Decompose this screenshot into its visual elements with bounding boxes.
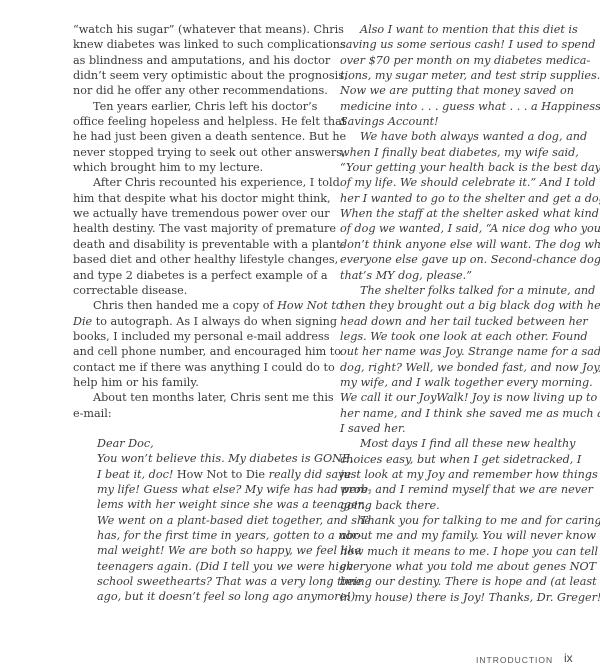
text-line: knew diabetes was linked to such complic… bbox=[73, 37, 303, 52]
text-line: my life! Guess what else? My wife has ha… bbox=[97, 482, 303, 497]
text-line: her name, and I think she saved me as mu… bbox=[340, 406, 550, 421]
text-line: when I finally beat diabetes, my wife sa… bbox=[340, 145, 550, 160]
text-line: “Your getting your health back is the be… bbox=[340, 160, 550, 175]
text-line: About ten months later, Chris sent me th… bbox=[73, 390, 303, 405]
text-line: After Chris recounted his experience, I … bbox=[73, 175, 303, 190]
text-line: Most days I find all these new healthy bbox=[340, 436, 550, 451]
paragraph-dog: We have both always wanted a dog, and wh… bbox=[340, 129, 550, 282]
text-line: we actually have tremendous power over o… bbox=[73, 206, 303, 221]
book-title: Die bbox=[73, 315, 92, 328]
spacer bbox=[73, 421, 303, 436]
text-line: based diet and other healthy lifestyle c… bbox=[73, 252, 303, 267]
text-run: I beat it, doc! bbox=[97, 468, 177, 481]
text-line: he had just been given a death sentence.… bbox=[73, 129, 303, 144]
text-line: Chris then handed me a copy of How Not t… bbox=[73, 298, 303, 313]
text-line: dog, right? Well, we bonded fast, and no… bbox=[340, 360, 550, 375]
text-line: which brought him to my lecture. bbox=[73, 160, 303, 175]
text-line: has, for the first time in years, gotten… bbox=[97, 528, 303, 543]
text-line: in my house) there is Joy! Thanks, Dr. G… bbox=[340, 590, 550, 605]
text-line: e-mail: bbox=[73, 406, 303, 421]
text-line: We have both always wanted a dog, and bbox=[340, 129, 550, 144]
book-title: How Not to bbox=[277, 299, 342, 312]
left-column: “watch his sugar” (whatever that means).… bbox=[73, 22, 303, 605]
text-line: school sweethearts? That was a very long… bbox=[97, 574, 303, 589]
text-line: The shelter folks talked for a minute, a… bbox=[340, 283, 550, 298]
text-line: over $70 per month on my diabetes medica… bbox=[340, 53, 550, 68]
text-line: were, and I remind myself that we are ne… bbox=[340, 482, 550, 497]
right-column-email-continued: Also I want to mention that this diet is… bbox=[340, 22, 550, 605]
text-line: office feeling hopeless and helpless. He… bbox=[73, 114, 303, 129]
text-line: head down and her tail tucked between he… bbox=[340, 314, 550, 329]
text-line: and type 2 diabetes is a perfect example… bbox=[73, 268, 303, 283]
text-line: how much it means to me. I hope you can … bbox=[340, 544, 550, 559]
paragraph-ten-years: Ten years earlier, Chris left his doctor… bbox=[73, 99, 303, 176]
book-page: “watch his sugar” (whatever that means).… bbox=[0, 0, 600, 668]
email-quote: Dear Doc, You won’t believe this. My dia… bbox=[73, 436, 303, 605]
text-line: correctable disease. bbox=[73, 283, 303, 298]
text-line: out her name was Joy. Strange name for a… bbox=[340, 344, 550, 359]
paragraph-continued: “watch his sugar” (whatever that means).… bbox=[73, 22, 303, 99]
text-line: I beat it, doc! How Not to Die really di… bbox=[97, 467, 303, 482]
text-line: You won’t believe this. My diabetes is G… bbox=[97, 451, 303, 466]
text-line: Savings Account! bbox=[340, 114, 550, 129]
text-line: Thank you for talking to me and for cari… bbox=[340, 513, 550, 528]
text-line: being our destiny. There is hope and (at… bbox=[340, 574, 550, 589]
text-line: never stopped trying to seek out other a… bbox=[73, 145, 303, 160]
running-head: INTRODUCTION bbox=[476, 655, 553, 665]
text-line: nor did he offer any other recommendatio… bbox=[73, 83, 303, 98]
paragraph-autograph: Chris then handed me a copy of How Not t… bbox=[73, 298, 303, 390]
text-line: health destiny. The vast majority of pre… bbox=[73, 221, 303, 236]
paragraph-ten-months: About ten months later, Chris sent me th… bbox=[73, 390, 303, 421]
paragraph-shelter: The shelter folks talked for a minute, a… bbox=[340, 283, 550, 436]
text-line: going back there. bbox=[340, 498, 550, 513]
text-run: Chris then handed me a copy of bbox=[93, 299, 277, 312]
text-line: didn’t seem very optimistic about the pr… bbox=[73, 68, 303, 83]
text-line: death and disability is preventable with… bbox=[73, 237, 303, 252]
text-line: ago, but it doesn’t feel so long ago any… bbox=[97, 589, 303, 604]
text-line: then they brought out a big black dog wi… bbox=[340, 298, 550, 313]
text-line: books, I included my personal e-mail add… bbox=[73, 329, 303, 344]
paragraph-recounted: After Chris recounted his experience, I … bbox=[73, 175, 303, 298]
text-line: When the staff at the shelter asked what… bbox=[340, 206, 550, 221]
paragraph-healthy-choices: Most days I find all these new healthy c… bbox=[340, 436, 550, 513]
text-line: everyone else gave up on. Second-chance … bbox=[340, 252, 550, 267]
text-line: lems with her weight since she was a tee… bbox=[97, 497, 303, 512]
text-line: of dog we wanted, I said, “A nice dog wh… bbox=[340, 221, 550, 236]
text-line: Ten years earlier, Chris left his doctor… bbox=[73, 99, 303, 114]
text-line: tions, my sugar meter, and test strip su… bbox=[340, 68, 550, 83]
text-line: everyone what you told me about genes NO… bbox=[340, 559, 550, 574]
page-number: ix bbox=[564, 651, 573, 665]
text-line: We went on a plant-based diet together, … bbox=[97, 513, 303, 528]
text-line: him that despite what his doctor might t… bbox=[73, 191, 303, 206]
text-line: “watch his sugar” (whatever that means).… bbox=[73, 22, 303, 37]
text-line: my wife, and I walk together every morni… bbox=[340, 375, 550, 390]
text-line: that’s MY dog, please.” bbox=[340, 268, 550, 283]
paragraph-thank-you: Thank you for talking to me and for cari… bbox=[340, 513, 550, 605]
text-line: We call it our JoyWalk! Joy is now livin… bbox=[340, 390, 550, 405]
text-line: help him or his family. bbox=[73, 375, 303, 390]
text-line: teenagers again. (Did I tell you we were… bbox=[97, 559, 303, 574]
text-line: Die to autograph. As I always do when si… bbox=[73, 314, 303, 329]
text-line: medicine into . . . guess what . . . a H… bbox=[340, 99, 550, 114]
text-line: don’t think anyone else will want. The d… bbox=[340, 237, 550, 252]
text-line: choices easy, but when I get sidetracked… bbox=[340, 452, 550, 467]
text-line: Also I want to mention that this diet is bbox=[340, 22, 550, 37]
email-salutation: Dear Doc, bbox=[97, 436, 303, 451]
text-run: really did save bbox=[265, 468, 351, 481]
book-title: How Not to Die bbox=[177, 468, 265, 481]
text-line: and cell phone number, and encouraged hi… bbox=[73, 344, 303, 359]
paragraph-savings: Also I want to mention that this diet is… bbox=[340, 22, 550, 129]
text-line: legs. We took one look at each other. Fo… bbox=[340, 329, 550, 344]
text-line: contact me if there was anything I could… bbox=[73, 360, 303, 375]
text-line: her I wanted to go to the shelter and ge… bbox=[340, 191, 550, 206]
text-line: as blindness and amputations, and his do… bbox=[73, 53, 303, 68]
text-run: to autograph. As I always do when signin… bbox=[92, 315, 337, 328]
text-line: about me and my family. You will never k… bbox=[340, 528, 550, 543]
text-line: I saved her. bbox=[340, 421, 550, 436]
text-line: of my life. We should celebrate it.” And… bbox=[340, 175, 550, 190]
text-line: mal weight! We are both so happy, we fee… bbox=[97, 543, 303, 558]
text-line: Now we are putting that money saved on bbox=[340, 83, 550, 98]
text-line: saving us some serious cash! I used to s… bbox=[340, 37, 550, 52]
text-line: just look at my Joy and remember how thi… bbox=[340, 467, 550, 482]
